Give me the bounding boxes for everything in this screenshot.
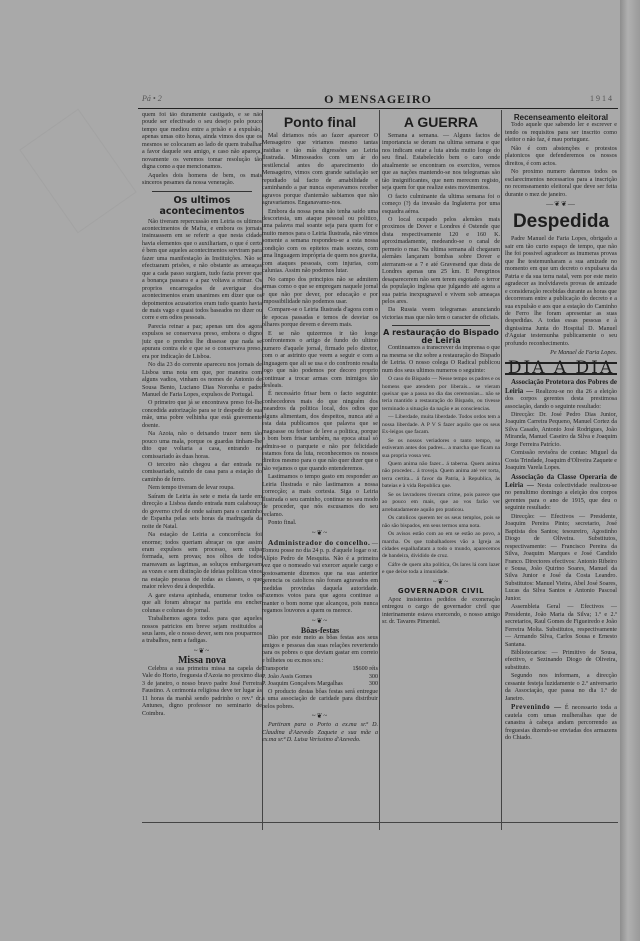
article-title-despedida: Despedida [505, 211, 617, 233]
article-text: Saíram de Leiria às sete e meia da tarde… [142, 494, 262, 531]
article-text: Compare-se o Leiria Ilustrada d'agora co… [262, 307, 378, 329]
article-title-governador-civil: GOVERNADOR CIVIL [382, 588, 500, 595]
page-mark-right: 1 9 1 4 [590, 94, 612, 103]
ornament-divider: ~❦~ [262, 618, 378, 625]
article-title-recenseamento: Recenseamento eleitoral [505, 114, 617, 121]
article-text: Comissão revisôra de contas: Miguel da C… [505, 450, 617, 472]
article-text: Continuamos a transcrever da imprensa o … [382, 345, 500, 375]
article-text: Bibliotecarios: — Primitivo de Sousa, ef… [505, 650, 617, 672]
article-text: Todo aquele que sabendo ler e escrever e… [505, 122, 617, 144]
divider [152, 191, 252, 192]
column-1: quem foi tão duramente castigado, e se n… [142, 112, 262, 832]
article-title-boas-festas: Bôas-festas [262, 627, 378, 634]
article-text: Trabalhemos agora todos para que aqueles… [142, 616, 262, 646]
ornament-divider: ~❦~ [142, 648, 262, 655]
article-text: quem foi tão duramente castigado, e se n… [142, 112, 262, 172]
article-text: No dia 23 do corrente apareceu nos jorna… [142, 362, 262, 399]
column-divider [501, 110, 502, 830]
column-2: Ponto final Mal diriamos nós ao fazer ap… [262, 112, 378, 832]
article-text: Padre Manuel de Faria Lopes, obrigado a … [505, 236, 617, 348]
quoted-text: Os avisos estão com ao em se estão ao po… [382, 531, 500, 561]
article-text: No campo dos principios não se admitem a… [262, 277, 378, 307]
masthead-title: O MENSAGEIRO [138, 92, 618, 107]
quoted-text: Os catolicos querem ter os seus templos,… [382, 515, 500, 530]
quoted-text: Se os lavradores tiveram crime, pois par… [382, 492, 500, 514]
divider [392, 325, 490, 326]
page-header: Pá • 2 O MENSAGEIRO 1 9 1 4 [138, 92, 618, 109]
quoted-text: Se os nossos veriadores o tanto tempo, s… [382, 438, 500, 460]
article-text: Direcção: — Efectivos — Presidente, Joaq… [505, 514, 617, 603]
column-4: Recenseamento eleitoral Todo aquele que … [505, 112, 617, 832]
article-text: Dão por este meio as bôas festas aos seu… [262, 635, 378, 665]
article-text: O terceiro não chegou a dar entrada no c… [142, 462, 262, 484]
column-3: A GUERRA Semana a semana. — Alguns facto… [382, 112, 500, 832]
ornament-divider: ~❦~ [262, 530, 378, 537]
article-text: Semana a semana. — Alguns factos de impo… [382, 133, 500, 193]
article-text: A gare estava apinhada, enumerar todos o… [142, 593, 262, 615]
article-text: Assembleia Geral — Efectivos — President… [505, 604, 617, 649]
article-text: Celebra a sua primeira missa na capela d… [142, 666, 262, 718]
section-title-dia-a-dia: DIA A DIA [505, 362, 617, 375]
ornament-divider: ~❦~ [262, 713, 378, 720]
article-title-restauracao-bispado: A restauração do Bispado de Leiria [382, 329, 500, 344]
article-text: Direcção: Dr. José Pedro Dias Junior, Jo… [505, 412, 617, 449]
article-title-ultimos-acontecimentos: Os ultimos acontecimentos [142, 195, 262, 217]
article-title-administrador: Administrador do concelho. [268, 538, 370, 547]
quoted-text: Cáfre de quem alta politica, Os lares lá… [382, 562, 500, 577]
ornament-divider: —❦❦— [505, 201, 617, 208]
article-text: Não é com abstenções e protestos platoni… [505, 146, 617, 168]
footnote-text: Partiram para o Porto a ex.ma sr.ª D. Cl… [262, 722, 378, 744]
article-text: Não tiveram repercussão em Leiria os ult… [142, 219, 262, 323]
article-text: E se não quizermos ir tão longe confront… [262, 331, 378, 391]
book-spine-edge [620, 0, 640, 941]
article-text: O local ocupado pelos alemães mais proxi… [382, 217, 500, 306]
article-text: Na Azoia, não o deixando trazer nem tão … [142, 431, 262, 461]
ornament-divider: ~❦~ [382, 579, 500, 586]
article-text: Apoz insistentes pedidos de exoneração e… [382, 597, 500, 627]
article-title-a-guerra: A GUERRA [382, 114, 500, 130]
quoted-text: — Liberdade, muita liberdade. Todos ordo… [382, 414, 500, 436]
article-text: Parecia reinar a paz; apenas um dos agor… [142, 324, 262, 361]
article-text: O producto destas bôas festas será entre… [262, 689, 378, 711]
article-title-ponto-final: Ponto final [262, 114, 378, 130]
article-text: Embora da nossa pena não tenha saido uma… [262, 209, 378, 276]
page-bottom-rule [142, 822, 618, 827]
quoted-text: Quem anima não fazer... á taberna. Quem … [382, 461, 500, 491]
newspaper-page: Pá • 2 O MENSAGEIRO 1 9 1 4 quem foi tão… [0, 0, 620, 941]
article-text: Lastimamos o tempo gasto em responder ao… [262, 474, 378, 519]
signature: Pe Manuel de Faria Lopes. [505, 350, 617, 357]
article-text: No proximo numero daremos todos os escla… [505, 169, 617, 199]
ledger-row: P. João Assis Gomes300 [262, 674, 378, 681]
article-administrador: Administrador do concelho. — Tomou posse… [262, 539, 378, 616]
ledger-row: Transporte1$600 réis [262, 666, 378, 673]
library-stamp [19, 109, 136, 234]
article-text: Segundo nos informam, a direcção cessant… [505, 673, 617, 703]
article-text: O primeiro que já se encontrava preso fo… [142, 400, 262, 430]
article-text: Nem tempo tiveram de levar roupa. [142, 485, 262, 492]
article-text: Aqueles dois homens de bem, os mais sinc… [142, 173, 262, 188]
article-text: Da Russia veem telegramas anunciando vic… [382, 307, 500, 322]
article-text: Ponto final. [262, 520, 378, 527]
article-text: O facto culminante da ultima semana foi … [382, 194, 500, 216]
article-text: — Tomou posse no dia 24 p. p. d'aquele l… [262, 541, 378, 614]
article-text: Na estação de Leiria a concorrência foi … [142, 532, 262, 592]
quoted-text: O caso do Bispado — Nesse tempo os padre… [382, 376, 500, 413]
article-text: Mal diriamos nós ao fazer aparecer O Men… [262, 133, 378, 208]
column-divider [379, 110, 380, 830]
article-text: É necessário frisar bem o facto seguinte… [262, 391, 378, 473]
ledger-row: P. Joaquim Gonçalves Margalhas300 [262, 681, 378, 688]
article-title-missa-nova: Missa nova [142, 657, 262, 664]
item-title: Prevenindo — [511, 703, 562, 711]
